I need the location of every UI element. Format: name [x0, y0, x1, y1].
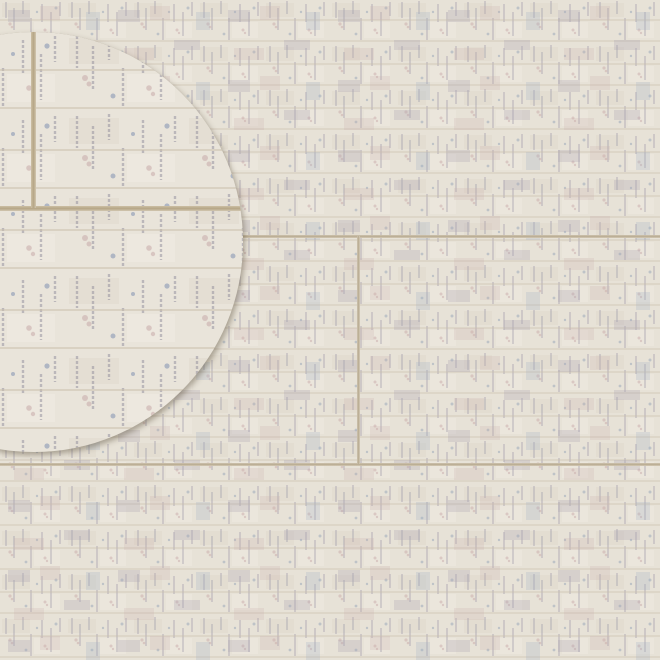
cork-floor-image — [0, 0, 660, 660]
magnified-detail-circle — [0, 32, 243, 452]
plank-seam — [0, 463, 660, 466]
plank-seam — [357, 236, 360, 464]
magnified-plank-seam — [31, 32, 36, 208]
magnified-plank-seam — [0, 206, 243, 211]
magnified-cork-texture — [0, 32, 243, 452]
